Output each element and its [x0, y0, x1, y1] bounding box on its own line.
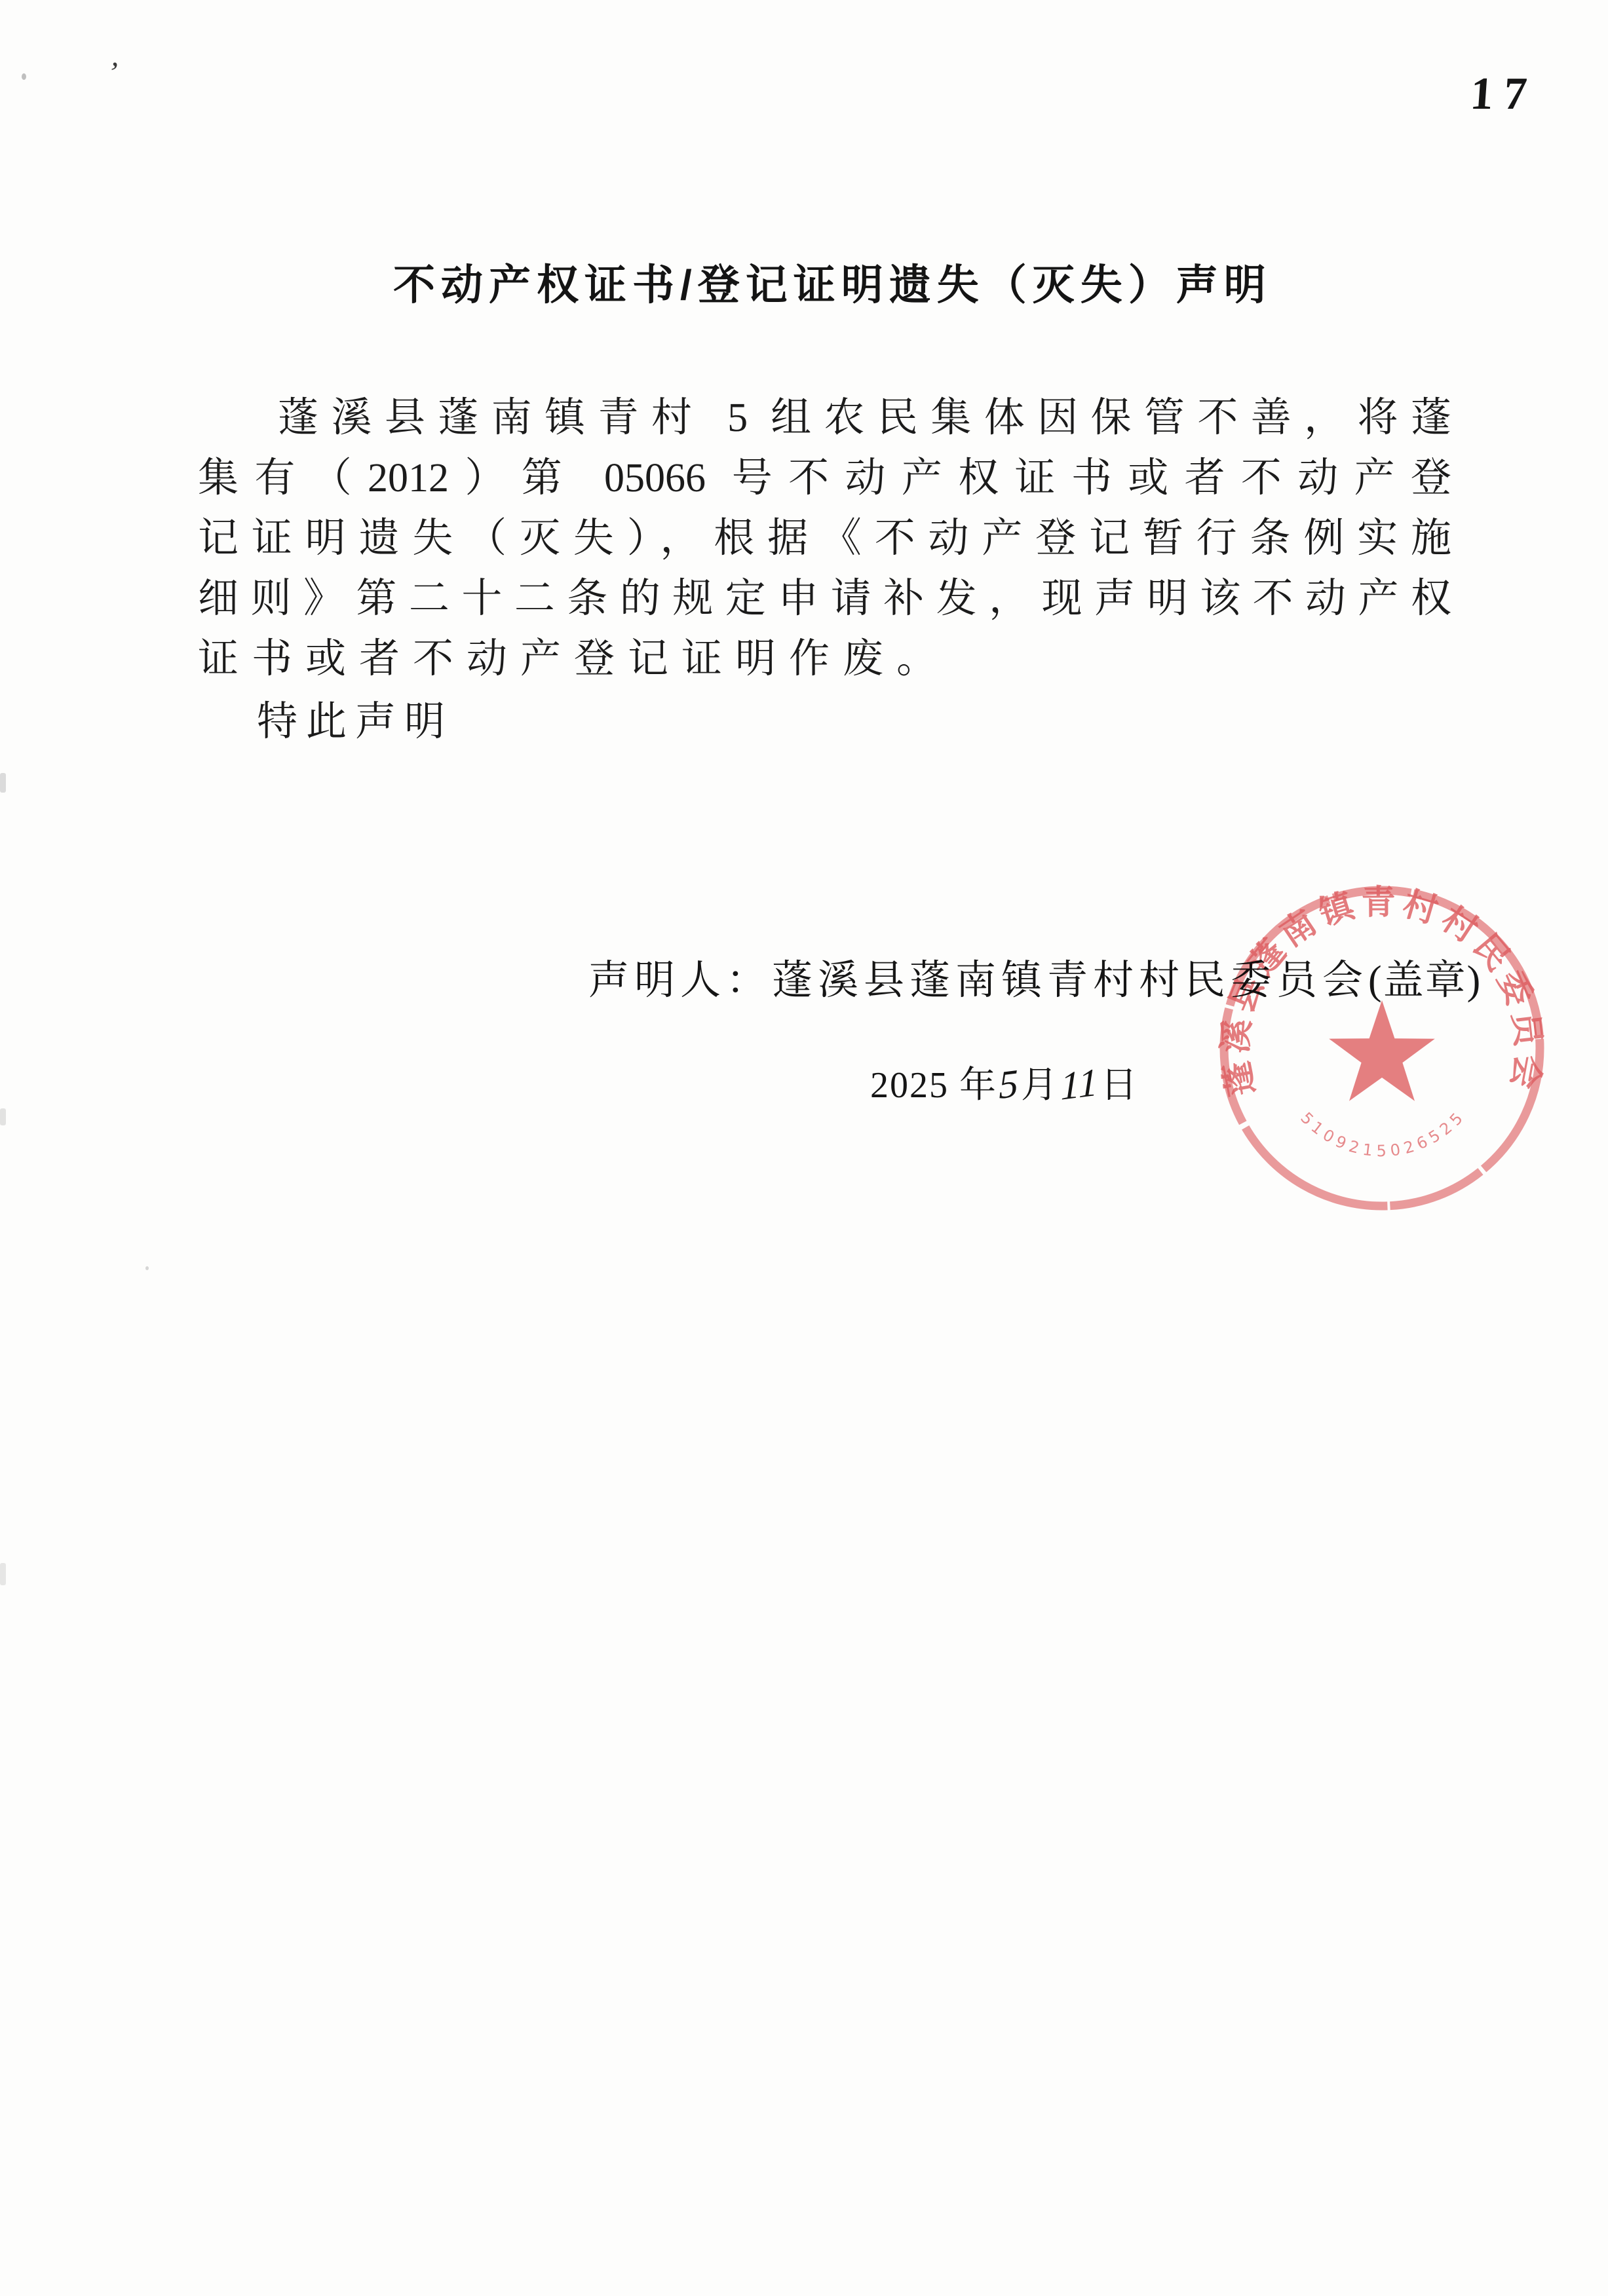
scanned-declaration-page: 17 ’ 不动产权证书/登记证明遗失（灭失）声明 蓬溪县蓬南镇青村 5 组农民集…	[0, 0, 1608, 2296]
date-day-handwritten: 11	[1060, 1059, 1100, 1110]
seal-ring	[1224, 890, 1540, 1206]
declarant-name: 蓬溪县蓬南镇青村村民委员会	[772, 958, 1368, 1003]
declaration-paragraph: 蓬溪县蓬南镇青村 5 组农民集体因保管不善，将蓬 集有（2012）第 05066…	[198, 388, 1451, 752]
paragraph-line: 记证明遗失（灭失），根据《不动产登记暂行条例实施	[198, 508, 1451, 569]
paragraph-line: 集有（2012）第 05066 号不动产权证书或者不动产登	[198, 448, 1451, 508]
seal-serial-number: 5109215026525	[1297, 1106, 1469, 1160]
scan-speck-artifact	[145, 1266, 149, 1270]
document-title: 不动产权证书/登记证明遗失（灭失）声明	[393, 252, 1272, 312]
declarant-label: 声明人：	[588, 958, 772, 1003]
seal-note: (盖章)	[1368, 958, 1482, 1003]
scan-speck-artifact	[22, 73, 26, 80]
date-year: 2025	[870, 1065, 949, 1106]
date-month-handwritten: 5	[999, 1061, 1020, 1108]
paragraph-line: 蓬溪县蓬南镇青村 5 组农民集体因保管不善，将蓬	[198, 388, 1451, 448]
scan-edge-artifact	[0, 773, 6, 793]
scan-edge-artifact	[0, 1563, 6, 1585]
date-day-unit: 日	[1101, 1065, 1139, 1106]
paragraph-line: 细则》第二十二条的规定申请补发，现声明该不动产权	[198, 569, 1451, 629]
paragraph-line: 证书或者不动产登记证明作废。	[198, 629, 1451, 689]
date-year-unit: 年	[959, 1065, 997, 1106]
seal-star-icon	[1329, 1000, 1435, 1101]
declarant-line: 声明人：蓬溪县蓬南镇青村村民委员会(盖章)	[588, 947, 1482, 1006]
date-line: 2025 年5月11日	[870, 1056, 1139, 1108]
scan-edge-artifact	[0, 1108, 6, 1125]
date-month-unit: 月	[1021, 1065, 1059, 1106]
official-seal: 蓬溪县蓬南镇青村村民委员会 5109215026525	[1218, 884, 1546, 1212]
scan-tick-artifact: ’	[106, 54, 121, 90]
closing-statement: 特此声明	[257, 692, 1451, 752]
page-number: 17	[1468, 68, 1539, 121]
